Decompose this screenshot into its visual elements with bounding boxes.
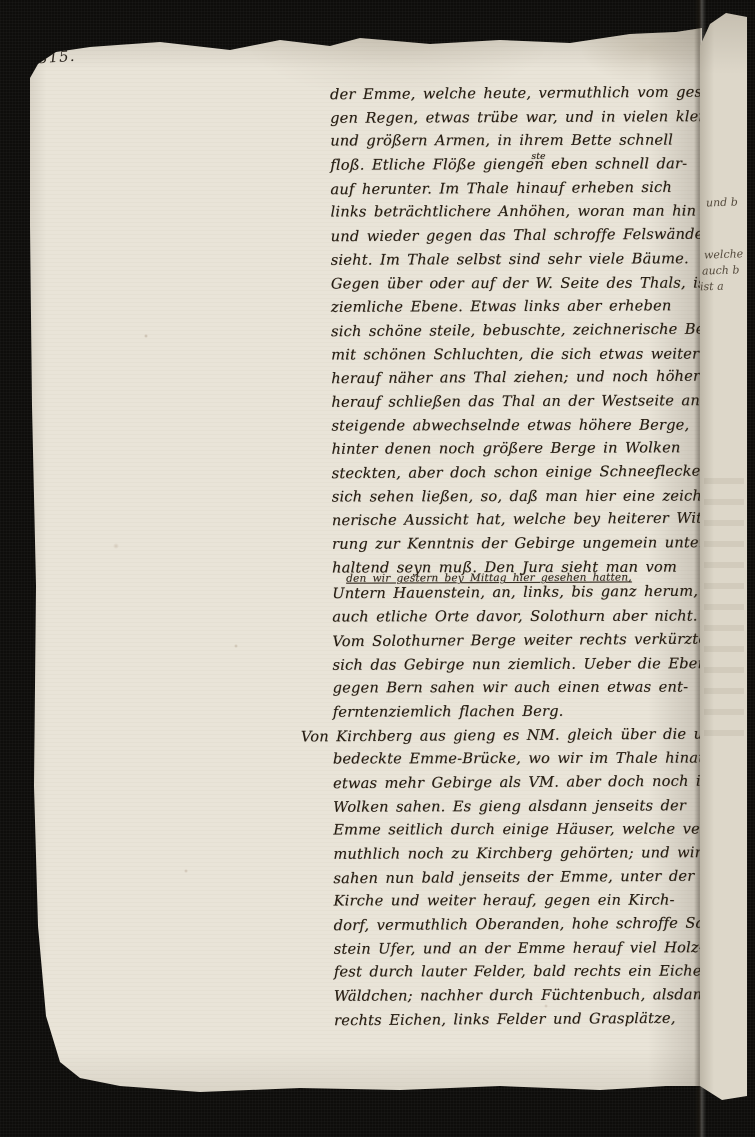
manuscript-line: gegen Bern sahen wir auch einen etwas en… [301, 676, 703, 701]
manuscript-line: steckten, aber doch schon einige Schneef… [300, 460, 702, 486]
text-block: der Emme, welche heute, vermuthlich vom … [298, 81, 704, 1032]
manuscript-line: nerische Aussicht hat, welche bey heiter… [300, 507, 702, 533]
manuscript-line: sich das Gebirge nun ziemlich. Ueber die… [300, 652, 702, 677]
manuscript-line: floß. Etliche Flöße giengen eben schnell… [298, 152, 700, 177]
manuscript-line: sieht. Im Thale selbst sind sehr viele B… [299, 247, 701, 272]
text-fragment: und b [706, 195, 738, 209]
superscript-correction: ste [531, 146, 545, 170]
manuscript-line: ferntenziemlich flachen Berg. [301, 699, 703, 724]
manuscript-line: gen Regen, etwas trübe war, und in viele… [298, 105, 700, 130]
text-fragment: auch b [702, 263, 740, 277]
show-through-text [704, 478, 744, 738]
manuscript-line: muthlich noch zu Kirchberg gehörten; und… [301, 841, 703, 866]
manuscript-line: dorf, vermuthlich Oberanden, hohe schrof… [302, 912, 704, 938]
manuscript-line: fest durch lauter Felder, bald rechts ei… [302, 960, 704, 985]
manuscript-line: etwas mehr Gebirge als VM. aber doch noc… [301, 770, 703, 796]
manuscript-line: und größern Armen, in ihrem Bette schnel… [298, 129, 700, 154]
manuscript-line: herauf schließen das Thal an der Westsei… [299, 389, 701, 414]
manuscript-line: Emme seitlich durch einige Häuser, welch… [301, 818, 703, 843]
manuscript-line: links beträchtlichere Anhöhen, woran man… [298, 200, 700, 225]
manuscript-line: bedeckte Emme-Brücke, wo wir im Thale hi… [301, 747, 703, 772]
manuscript-line: auf herunter. Im Thale hinauf erheben si… [298, 175, 700, 201]
manuscript-line: stein Ufer, und an der Emme herauf viel … [302, 936, 704, 961]
manuscript-line: und wieder gegen das Thal schroffe Felsw… [299, 223, 701, 249]
manuscript-line: rechts Eichen, links Felder und Grasplät… [302, 1006, 704, 1032]
manuscript-line: Untern Hauenstein, an, links, bis ganz h… [300, 580, 702, 606]
manuscript-line: herauf näher ans Thal ziehen; und noch h… [299, 365, 701, 391]
manuscript-line: Kirche und weiter herauf, gegen ein Kirc… [301, 889, 703, 914]
manuscript-line: Gegen über oder auf der W. Seite des Tha… [299, 271, 701, 296]
manuscript-line: steigende abwechselnde etwas höhere Berg… [299, 413, 701, 438]
manuscript-line: rung zur Kenntnis der Gebirge ungemein u… [300, 531, 702, 556]
manuscript-line: sahen nun bald jenseits der Emme, unter … [301, 864, 703, 890]
manuscript-line: Vom Solothurner Berge weiter rechts verk… [300, 627, 702, 653]
adjacent-page-edge: und bwelcheauch bist a [700, 8, 747, 1108]
manuscript-line: sich sehen ließen, so, daß man hier eine… [300, 484, 702, 509]
manuscript-line: auch etliche Orte davor, Solothurn aber … [300, 605, 702, 630]
manuscript-line: hinter denen noch größere Berge in Wolke… [299, 436, 701, 461]
manuscript-line: Von Kirchberg aus gieng es NM. gleich üb… [301, 722, 703, 748]
text-fragment: welche [704, 247, 744, 261]
manuscript-line: Wäldchen; nachher durch Füchtenbuch, als… [302, 983, 704, 1008]
manuscript-line: mit schönen Schluchten, die sich etwas w… [299, 342, 701, 367]
manuscript-line: der Emme, welche heute, vermuthlich vom … [298, 81, 700, 107]
manuscript-page: 315. der Emme, welche heute, vermuthlich… [26, 26, 702, 1092]
manuscript-line: ziemliche Ebene. Etwas links aber erhebe… [299, 294, 701, 319]
manuscript-line: sich schöne steile, bebuschte, zeichneri… [299, 317, 701, 343]
manuscript-line: Wolken sahen. Es gieng alsdann jenseits … [301, 794, 703, 819]
text-fragment: ist a [700, 280, 724, 294]
page-number: 315. [37, 47, 76, 68]
